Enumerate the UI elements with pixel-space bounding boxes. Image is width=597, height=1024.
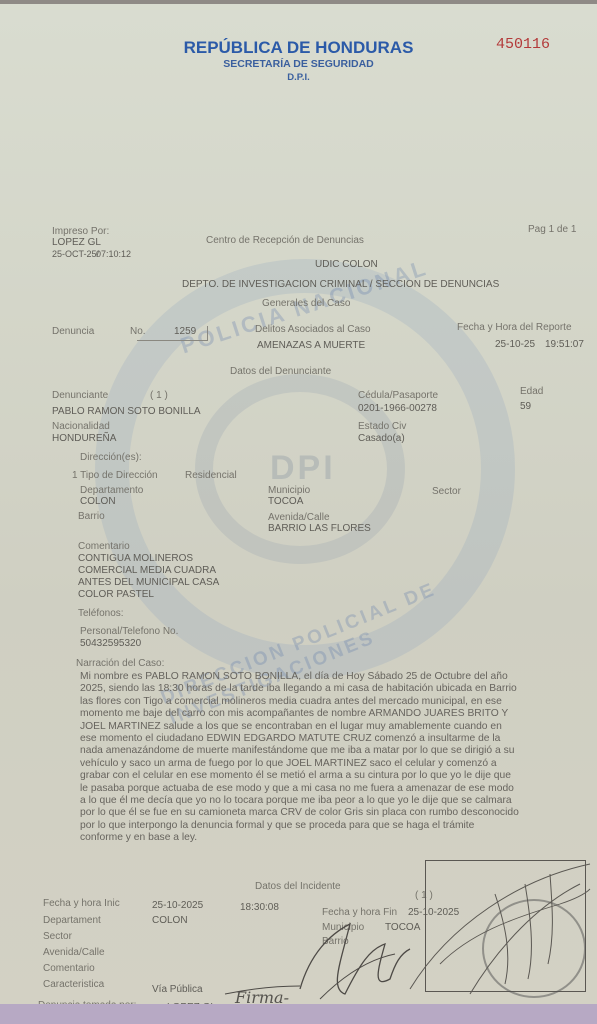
background-surface: [0, 1004, 597, 1024]
signature-scribbles: [0, 4, 597, 1004]
complaint-document: POLICIA NACIONAL DIRECCION POLICIAL DE I…: [0, 4, 597, 1004]
